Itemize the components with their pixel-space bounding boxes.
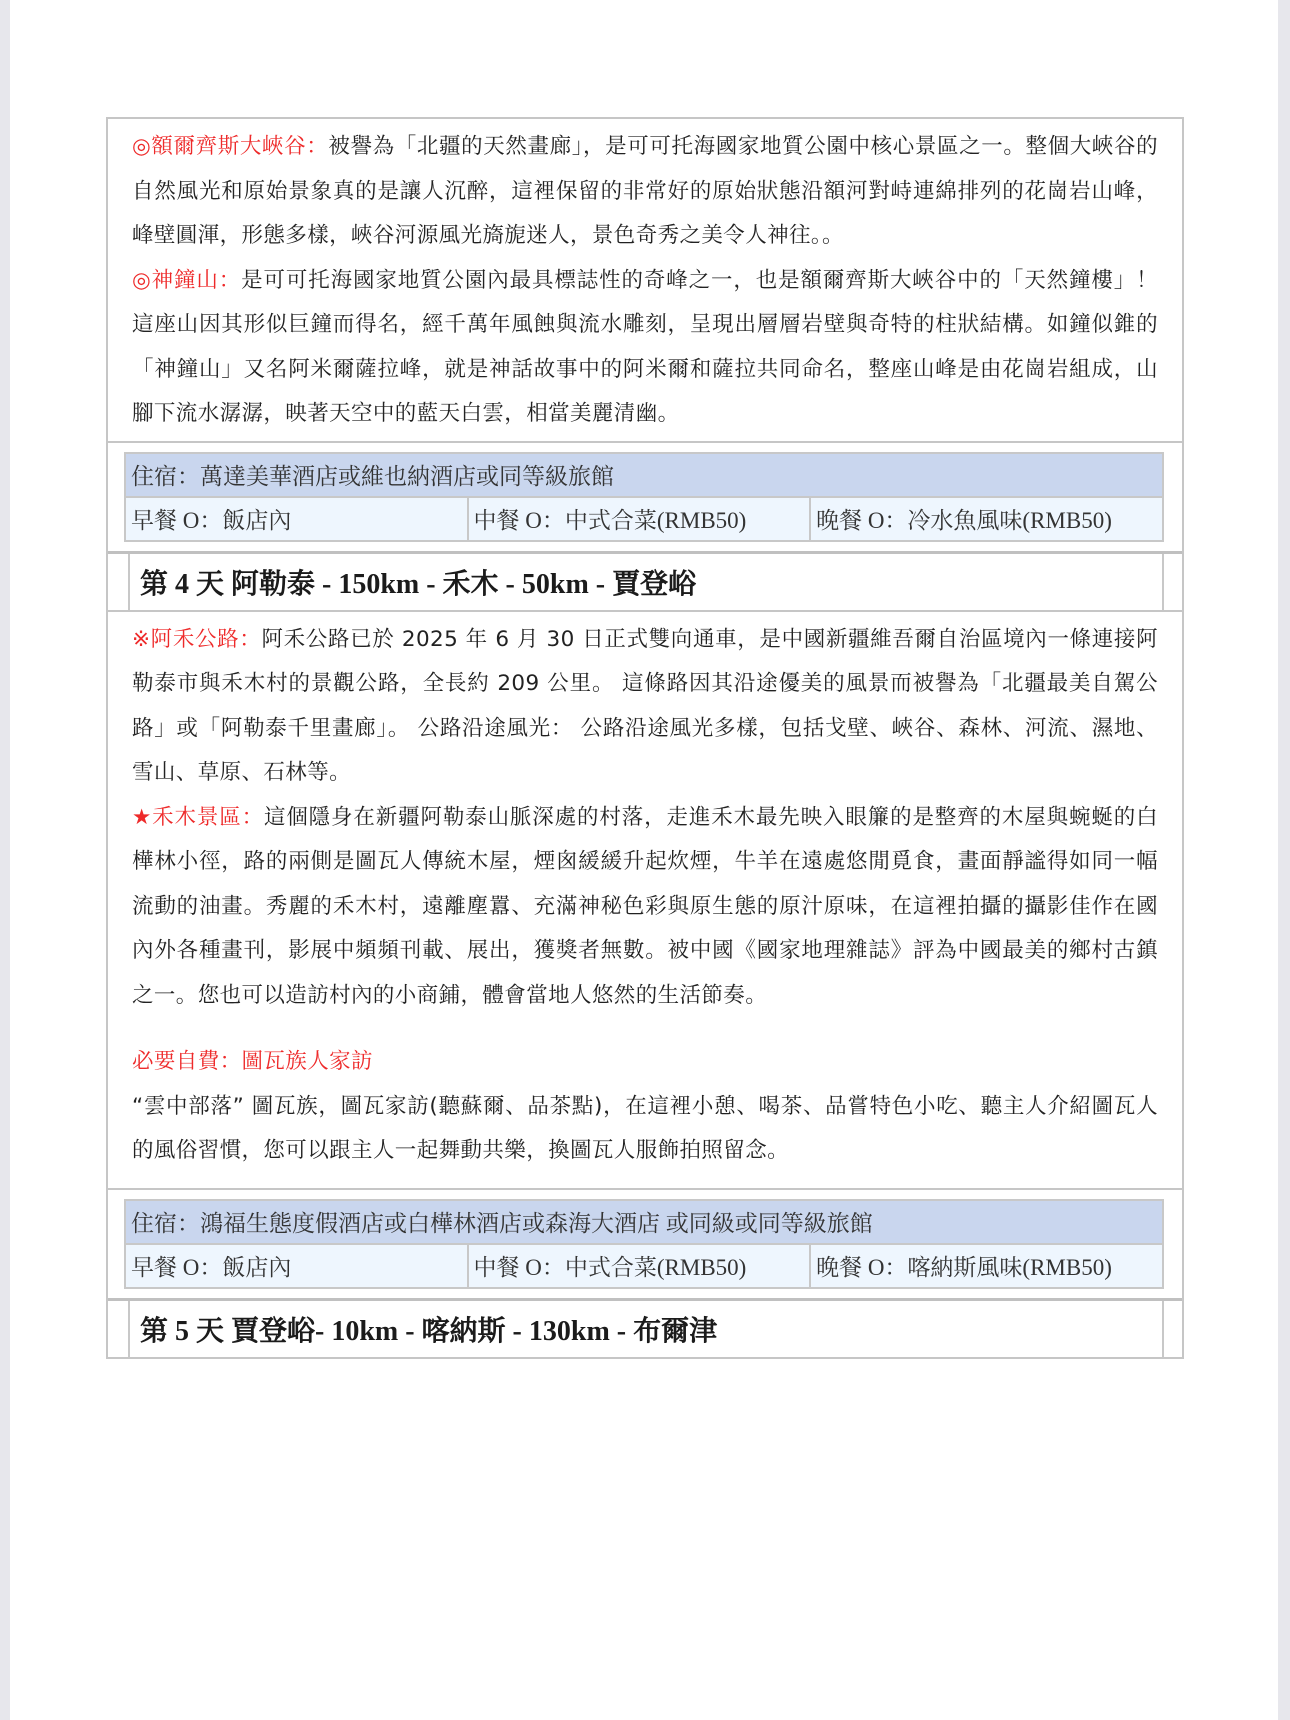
attraction-hemu: ★禾木景區：這個隱身在新疆阿勒泰山脈深處的村落，走進禾木最先映入眼簾的是整齊的木… (132, 796, 1158, 1019)
day5-header: 第 5 天 賈登峪- 10km - 喀納斯 - 130km - 布爾津 (108, 1301, 1182, 1359)
attraction-name: 神鐘山： (152, 268, 242, 293)
attraction-name: 阿禾公路： (151, 627, 262, 652)
circle-bullet-icon: ◎ (132, 268, 152, 293)
day3-attractions: ◎額爾齊斯大峽谷：被譽為「北疆的天然畫廊」，是可可托海國家地質公園中核心景區之一… (108, 119, 1182, 441)
attraction-ahe-highway: ※阿禾公路：阿禾公路已於 2025 年 6 月 30 日正式雙向通車，是中國新疆… (132, 618, 1158, 796)
day-title: 第 4 天 阿勒泰 - 150km - 禾木 - 50km - 賈登峪 (140, 562, 696, 602)
reference-mark-icon: ※ (132, 627, 151, 652)
attraction-text: 這個隱身在新疆阿勒泰山脈深處的村落，走進禾木最先映入眼簾的是整齊的木屋與蜿蜒的白… (132, 805, 1158, 1008)
page-edge-left (0, 0, 10, 1720)
attraction-name: 額爾齊斯大峽谷： (151, 134, 328, 159)
attraction-bell-mountain: ◎神鐘山：是可可托海國家地質公園內最具標誌性的奇峰之一，也是額爾齊斯大峽谷中的「… (132, 259, 1158, 437)
attraction-text: 是可可托海國家地質公園內最具標誌性的奇峰之一，也是額爾齊斯大峽谷中的「天然鐘樓」… (132, 268, 1158, 427)
itinerary-document: ◎額爾齊斯大峽谷：被譽為「北疆的天然畫廊」，是可可托海國家地質公園中核心景區之一… (106, 117, 1184, 1359)
lunch-cell: 中餐 O：中式合菜(RMB50) (468, 1244, 811, 1288)
day4-hotel-section: 住宿：鴻福生態度假酒店或白樺林酒店或森海大酒店 或同級或同等級旅館 早餐 O：飯… (108, 1188, 1182, 1301)
day3-hotel-section: 住宿：萬達美華酒店或維也納酒店或同等級旅館 早餐 O：飯店內 中餐 O：中式合菜… (108, 441, 1182, 554)
optional-fee-title: 必要自費：圖瓦族人家訪 (132, 1040, 1158, 1085)
attraction-irtysh-canyon: ◎額爾齊斯大峽谷：被譽為「北疆的天然畫廊」，是可可托海國家地質公園中核心景區之一… (132, 125, 1158, 259)
attraction-name: 禾木景區： (152, 805, 264, 830)
optional-fee-text: “雲中部落” 圖瓦族，圖瓦家訪(聽蘇爾、品茶點)，在這裡小憩、喝茶、品嘗特色小吃… (132, 1085, 1158, 1174)
page-edge-right (1278, 0, 1290, 1720)
attraction-text: 阿禾公路已於 2025 年 6 月 30 日正式雙向通車，是中國新疆維吾爾自治區… (132, 627, 1158, 786)
breakfast-cell: 早餐 O：飯店內 (125, 497, 468, 541)
day3-hotel-table: 住宿：萬達美華酒店或維也納酒店或同等級旅館 早餐 O：飯店內 中餐 O：中式合菜… (124, 452, 1164, 542)
day4-attractions: ※阿禾公路：阿禾公路已於 2025 年 6 月 30 日正式雙向通車，是中國新疆… (108, 612, 1182, 1188)
accommodation-cell: 住宿：鴻福生態度假酒店或白樺林酒店或森海大酒店 或同級或同等級旅館 (125, 1200, 1163, 1244)
accommodation-cell: 住宿：萬達美華酒店或維也納酒店或同等級旅館 (125, 453, 1163, 497)
star-icon: ★ (132, 805, 152, 830)
dinner-cell: 晚餐 O：冷水魚風味(RMB50) (810, 497, 1163, 541)
day4-header: 第 4 天 阿勒泰 - 150km - 禾木 - 50km - 賈登峪 (108, 554, 1182, 612)
circle-bullet-icon: ◎ (132, 134, 151, 159)
day-title: 第 5 天 賈登峪- 10km - 喀納斯 - 130km - 布爾津 (140, 1309, 717, 1349)
day4-hotel-table: 住宿：鴻福生態度假酒店或白樺林酒店或森海大酒店 或同級或同等級旅館 早餐 O：飯… (124, 1199, 1164, 1289)
dinner-cell: 晚餐 O：喀納斯風味(RMB50) (810, 1244, 1163, 1288)
breakfast-cell: 早餐 O：飯店內 (125, 1244, 468, 1288)
lunch-cell: 中餐 O：中式合菜(RMB50) (468, 497, 811, 541)
